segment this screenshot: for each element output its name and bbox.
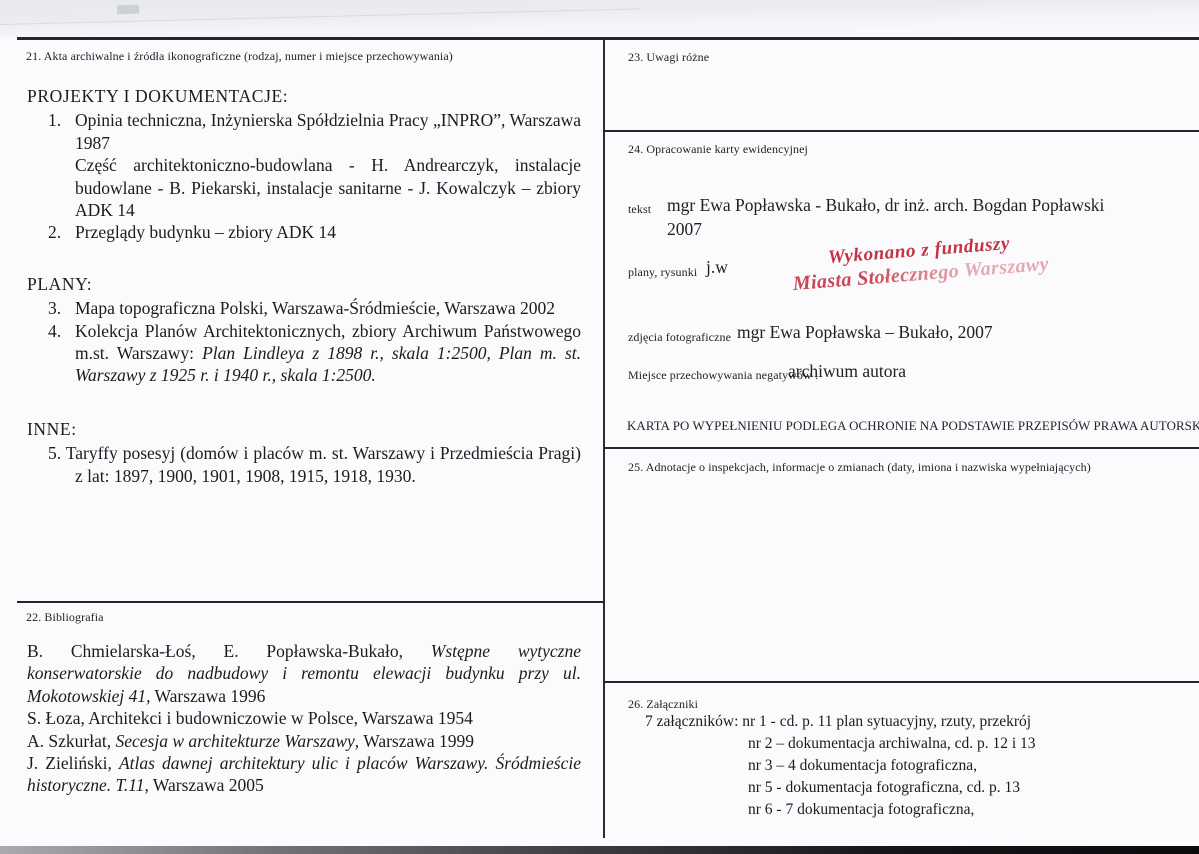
list-item: 1. Opinia techniczna, Inżynierska Spółdz… xyxy=(27,109,581,221)
list-item: 5. Taryffy posesyj (domów i placów m. st… xyxy=(27,442,581,487)
divider-21-22 xyxy=(17,601,605,603)
bibliography-entry: B. Chmielarska-Łoś, E. Popławska-Bukało,… xyxy=(27,640,581,707)
list-item-number: 2. xyxy=(48,221,61,243)
field-label-text: tekst xyxy=(628,202,651,217)
field-value-text-line2: 2007 xyxy=(667,218,1177,242)
scan-top-edge xyxy=(0,0,1199,37)
bibliography-entry: S. Łoza, Architekci i budowniczowie w Po… xyxy=(27,707,581,729)
entry-text-normal: A. Szkurłat, xyxy=(27,731,115,751)
bibliography-entry: J. Zieliński, Atlas dawnej architektury … xyxy=(27,752,581,797)
field-label-plans: plany, rysunki xyxy=(628,265,697,280)
column-divider-line xyxy=(603,38,605,838)
field-label-photos: zdjęcia fotograficzne xyxy=(628,330,731,345)
copyright-notice: KARTA PO WYPEŁNIENIU PODLEGA OCHRONIE NA… xyxy=(627,419,1175,434)
entry-text-normal: Warszawa 2005 xyxy=(149,775,264,795)
border-top-line xyxy=(17,37,1199,40)
divider-23-24 xyxy=(603,130,1199,132)
list-item-number: 5. xyxy=(48,443,61,463)
scan-smudge xyxy=(117,5,139,15)
entry-text-normal: , Warszawa 1999 xyxy=(355,731,474,751)
attachment-entry: nr 1 - cd. p. 11 plan sytuacyjny, rzuty,… xyxy=(742,713,1031,730)
list-item-text: Opinia techniczna, Inżynierska Spółdziel… xyxy=(75,109,581,154)
field-value-plans: j.w xyxy=(706,257,728,278)
field-value-text-line1: mgr Ewa Popławska - Bukało, dr inż. arch… xyxy=(667,194,1177,218)
entry-text-normal: J. Zieliński, xyxy=(27,753,119,773)
entry-text-normal: Warszawa 1996 xyxy=(150,686,265,706)
attachments-list: 7 załączników: nr 1 - cd. p. 11 plan syt… xyxy=(645,711,1165,821)
list-item: 3. Mapa topograficzna Polski, Warszawa-Ś… xyxy=(27,297,581,319)
section-26-label: 26. Załączniki xyxy=(628,697,698,712)
list-item-text: Mapa topograficzna Polski, Warszawa-Śród… xyxy=(75,297,581,319)
section-23-label: 23. Uwagi różne xyxy=(628,50,709,65)
bibliography-entry: A. Szkurłat, Secesja w architekturze War… xyxy=(27,730,581,752)
divider-24-25 xyxy=(603,447,1199,449)
entry-text-normal: S. Łoza, Architekci i budowniczowie w Po… xyxy=(27,708,473,728)
section-21-label: 21. Akta archiwalne i źródła ikonografic… xyxy=(26,49,453,64)
list-item-text: Przeglądy budynku – zbiory ADK 14 xyxy=(75,221,581,243)
list-item-number: 1. xyxy=(48,109,61,131)
attachments-first-line: 7 załączników: nr 1 - cd. p. 11 plan syt… xyxy=(645,711,1165,733)
field-value-text: mgr Ewa Popławska - Bukało, dr inż. arch… xyxy=(667,194,1177,241)
list-item: 4. Kolekcja Planów Architektonicznych, z… xyxy=(27,320,581,387)
entry-text-italic: Secesja w architekturze Warszawy xyxy=(115,731,354,751)
field-value-negatives: archiwum autora xyxy=(788,361,906,382)
list-item-text: Część architektoniczno-budowlana - H. An… xyxy=(75,154,581,221)
attachment-entry: nr 5 - dokumentacja fotograficzna, cd. p… xyxy=(748,777,1165,799)
list-item-number: 3. xyxy=(48,297,61,319)
projects-group-title: PROJEKTY I DOKUMENTACJE: xyxy=(27,85,581,107)
section-24-label: 24. Opracowanie karty ewidencyjnej xyxy=(628,142,808,157)
field-value-photos: mgr Ewa Popławska – Bukało, 2007 xyxy=(737,322,993,343)
scan-bottom-edge xyxy=(0,846,1199,854)
list-item-text: Kolekcja Planów Architektonicznych, zbio… xyxy=(75,320,581,387)
entry-text-normal: B. Chmielarska-Łoś, E. Popławska-Bukało, xyxy=(27,641,431,661)
section-25-label: 25. Adnotacje o inspekcjach, informacje … xyxy=(628,460,1091,475)
attachment-entry: nr 6 - 7 dokumentacja fotograficzna, xyxy=(748,799,1165,821)
plans-group-title: PLANY: xyxy=(27,273,581,295)
other-group-title: INNE: xyxy=(27,418,581,440)
divider-25-26 xyxy=(603,681,1199,683)
list-item-text: Taryffy posesyj (domów i placów m. st. W… xyxy=(61,443,581,485)
attachment-entry: nr 3 – 4 dokumentacja fotograficzna, xyxy=(748,755,1165,777)
list-item: 2. Przeglądy budynku – zbiory ADK 14 xyxy=(27,221,581,243)
attachments-count-label: 7 załączników: xyxy=(645,713,742,730)
section-21-content: PROJEKTY I DOKUMENTACJE: 1. Opinia techn… xyxy=(27,85,581,487)
section-22-label: 22. Bibliografia xyxy=(26,610,104,625)
section-22-content: B. Chmielarska-Łoś, E. Popławska-Bukało,… xyxy=(27,640,581,797)
attachment-entry: nr 2 – dokumentacja archiwalna, cd. p. 1… xyxy=(748,733,1165,755)
list-item-number: 4. xyxy=(48,320,61,342)
heritage-record-card-scan: 21. Akta archiwalne i źródła ikonografic… xyxy=(0,0,1199,854)
